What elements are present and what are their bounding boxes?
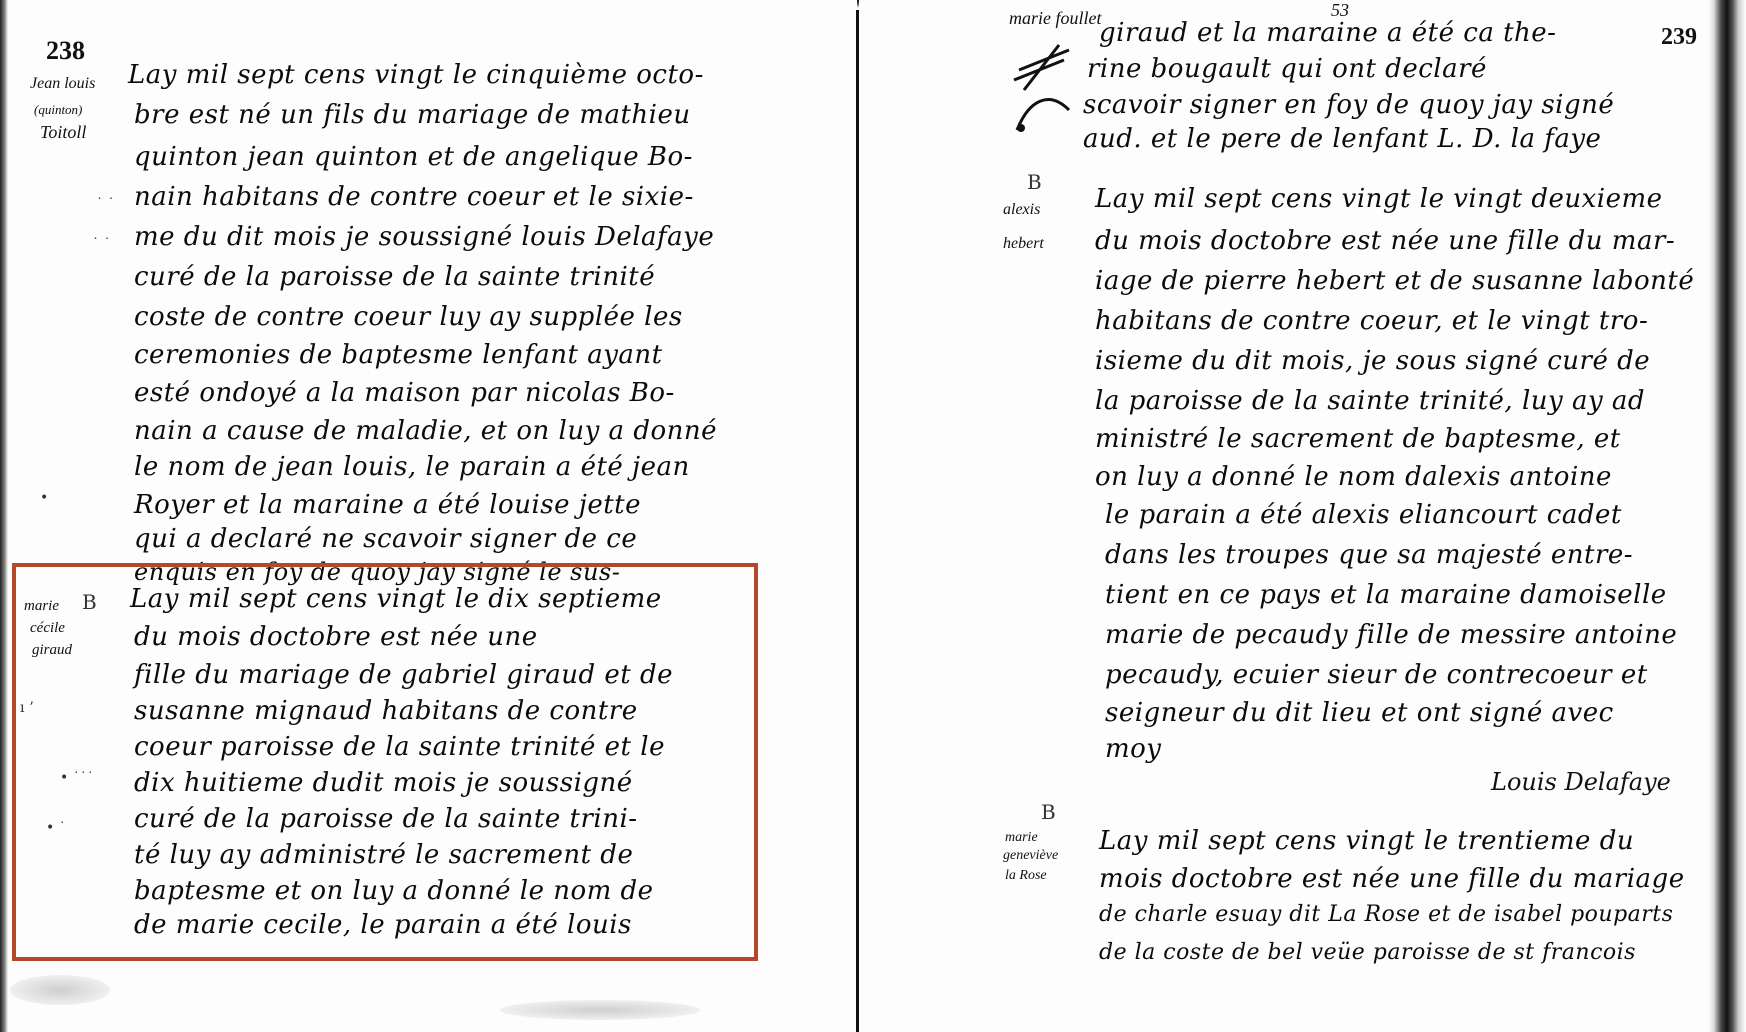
margin-note-name: Jean louis <box>30 74 95 94</box>
margin-note-name: marie foullet <box>1009 8 1102 28</box>
entry-line: nain a cause de maladie, et on luy a don… <box>134 416 717 446</box>
entry-line: curé de la paroisse de la sainte trini- <box>134 804 638 834</box>
entry-line: le nom de jean louis, le parain a été je… <box>134 452 690 482</box>
entry-line: giraud et la maraine a été ca the- <box>1099 18 1556 48</box>
entry-line: du mois doctobre est née une <box>134 622 538 652</box>
entry-line: Lay mil sept cens vingt le trentieme du <box>1099 826 1634 856</box>
entry-line: nain habitans de contre coeur et le sixi… <box>134 182 694 212</box>
margin-note-middlename: cécile <box>30 618 65 638</box>
paper-smudge <box>500 1000 700 1020</box>
margin-note-firstname: alexis <box>1003 200 1040 220</box>
entry-line: le parain a été alexis eliancourt cadet <box>1105 500 1622 530</box>
margin-note-middlename: geneviève <box>1003 846 1058 866</box>
entry-line: scavoir signer en foy de quoy jay signé <box>1083 90 1614 120</box>
entry-line: tient en ce pays et la maraine damoisell… <box>1105 580 1667 610</box>
entry-line: dans les troupes que sa majesté entre- <box>1105 540 1633 570</box>
entry-line: Lay mil sept cens vingt le dix septieme <box>130 584 662 614</box>
entry-line: du mois doctobre est née une fille du ma… <box>1095 226 1675 256</box>
entry-line: pecaudy, ecuier sieur de contrecoeur et <box>1105 660 1648 690</box>
curate-signature: Louis Delafaye <box>1491 768 1671 796</box>
entry-line: de charle esuay dit La Rose et de isabel… <box>1099 902 1673 927</box>
margin-note-firstname: marie <box>1005 828 1038 848</box>
entry-line: esté ondoyé a la maison par nicolas Bo- <box>134 378 675 408</box>
entry-line: aud. et le pere de lenfant L. D. la faye <box>1083 124 1601 154</box>
entry-line: rine bougault qui ont declaré <box>1087 54 1487 84</box>
entry-line: quinton jean quinton et de angelique Bo- <box>134 142 693 172</box>
entry-line: coste de contre coeur luy ay supplée les <box>134 302 683 332</box>
entry-line: dix huitieme dudit mois je soussigné <box>134 768 633 798</box>
right-page: 239 53 marie foullet giraud et la marain… <box>859 0 1746 1032</box>
entry-line: Lay mil sept cens vingt le cinquième oct… <box>128 60 704 90</box>
entry-line: isieme du dit mois, je sous signé curé d… <box>1095 346 1650 376</box>
margin-note-firstname: marie <box>24 596 59 616</box>
ink-mark: ˙ ˙ <box>96 196 114 212</box>
entry-line: seigneur du dit lieu et ont signé avec <box>1105 698 1614 728</box>
ink-mark: • <box>40 490 48 506</box>
margin-note-surname: Toitoll <box>40 122 86 142</box>
ink-mark: • ˙˙˙ <box>60 770 94 786</box>
entry-line: on luy a donné le nom dalexis antoine <box>1095 462 1612 492</box>
margin-note-surname: la Rose <box>1005 866 1047 886</box>
signature-mark-icon <box>1009 40 1079 140</box>
entry-line: baptesme et on luy a donné le nom de <box>134 876 654 906</box>
entry-line: me du dit mois je soussigné louis Delafa… <box>134 222 714 252</box>
entry-line: Royer et la maraine a été louise jette <box>134 490 641 520</box>
page-number-right: 239 <box>1661 24 1697 51</box>
margin-note-surname: hebert <box>1003 234 1044 254</box>
entry-line: marie de pecaudy fille de messire antoin… <box>1105 620 1677 650</box>
entry-line: de la coste de bel veüe paroisse de st f… <box>1099 940 1636 965</box>
page-number-left: 238 <box>46 36 85 66</box>
entry-line: moy <box>1105 734 1162 764</box>
entry-line: Lay mil sept cens vingt le vingt deuxiem… <box>1095 184 1663 214</box>
entry-line: fille du mariage de gabriel giraud et de <box>134 660 673 690</box>
entry-mark: B <box>1041 800 1056 824</box>
scan-left-edge <box>0 0 8 1032</box>
entry-line: ceremonies de baptesme lenfant ayant <box>134 340 663 370</box>
entry-mark: B <box>1027 170 1042 194</box>
ink-mark: ı ʼ <box>20 700 33 716</box>
entry-line: qui a declaré ne scavoir signer de ce <box>134 524 637 554</box>
entry-line: la paroisse de la sainte trinité, luy ay… <box>1095 386 1645 416</box>
entry-line: habitans de contre coeur, et le vingt tr… <box>1095 306 1648 336</box>
entry-line: de marie cecile, le parain a été louis <box>134 910 632 940</box>
entry-line: coeur paroisse de la sainte trinité et l… <box>134 732 665 762</box>
entry-line: bre est né un fils du mariage de mathieu <box>134 100 691 130</box>
entry-line: curé de la paroisse de la sainte trinité <box>134 262 655 292</box>
entry-line: té luy ay administré le sacrement de <box>134 840 633 870</box>
paper-smudge <box>10 975 110 1005</box>
margin-note-surname: giraud <box>32 640 72 660</box>
entry-line: iage de pierre hebert et de susanne labo… <box>1095 266 1694 296</box>
ink-mark: • ˙ <box>46 820 66 836</box>
entry-line: mois doctobre est née une fille du maria… <box>1099 864 1685 894</box>
margin-note-surname-alt: (quinton) <box>34 100 82 120</box>
left-page: 238 Jean louis (quinton) Toitoll Lay mil… <box>0 0 857 1032</box>
ink-mark: ˙ ˙ <box>92 236 110 252</box>
book-binding-edge <box>1708 0 1746 1032</box>
entry-line: susanne mignaud habitans de contre <box>134 696 638 726</box>
entry-line: ministré le sacrement de baptesme, et <box>1095 424 1621 454</box>
